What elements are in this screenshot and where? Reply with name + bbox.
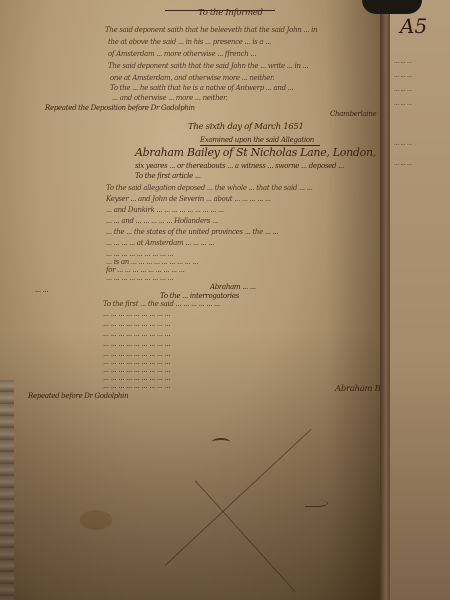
text-line: ... ... ... ... ... ... ... ... ...: [103, 358, 170, 366]
text-line: ... ... ...: [394, 58, 412, 65]
shadow-corner: [362, 0, 422, 14]
text-line: ... the ... the states of the united pro…: [106, 228, 278, 236]
text-line: of Amsterdam ... more otherwise ... ffre…: [108, 50, 256, 58]
interrogatory-heading: To the ... interrogatories: [160, 292, 239, 300]
signature-abraham-inline: Abraham ... ...: [210, 283, 256, 291]
text-line: ... ... ... ... ... ... ... ... ...: [103, 382, 170, 390]
signature-abraham: Abraham B: [335, 384, 381, 394]
date-subheading: Examined upon the said Allegation: [200, 136, 314, 144]
text-line: ... ... ... ... ... ... ... ... ...: [103, 310, 170, 318]
signature-chamberlaine: Chamberlaine: [330, 110, 376, 118]
text-line: ... ... ... ... ... ... ... ... ...: [103, 366, 170, 374]
text-line: To the said allegation deposed ... the w…: [106, 184, 313, 192]
text-line: ... ... ... ... at Amsterdam ... ... ...…: [106, 239, 214, 247]
text-line: ... ... ... ... ... ... ... ... ...: [103, 320, 170, 328]
date-heading: The sixth day of March 1651: [188, 122, 304, 132]
cancellation-stroke: [195, 480, 296, 592]
text-line: To the first ... the said ... ... ... ..…: [103, 300, 220, 308]
side-margin-mark: ... ...: [35, 286, 48, 294]
binding-thread-edge: [0, 380, 14, 600]
text-line: ... ... ... ... ... ... ... ... ...: [103, 340, 170, 348]
deposition-start: To the first article ...: [135, 172, 201, 180]
text-line: ... ... ...: [394, 86, 412, 93]
text-line: ... ... ... ... ... ... ... ... ...: [106, 250, 173, 258]
text-line: ... ... ... ... ... ... ... ... ...: [103, 350, 170, 358]
text-line: one at Amsterdam, and otherwise more ...…: [110, 74, 274, 82]
text-line: ... ... ...: [394, 72, 412, 79]
margin-note-repeated: Repeated the Deposition before Dr Godolp…: [45, 104, 195, 112]
deponent-details-line: six yeares ... or thereabouts ... a witn…: [135, 162, 344, 170]
text-line: To the ... he saith that he is a native …: [110, 84, 293, 92]
cancellation-stroke: [165, 429, 312, 566]
text-line: the at above the said ... in his ... pre…: [108, 38, 271, 46]
text-line: for ... ... ... ... ... ... ... ... ...: [106, 266, 185, 274]
margin-note-repeated-2: Repeated before Dr Godolphin: [28, 392, 128, 400]
paper-stain: [80, 510, 112, 530]
text-line: ... ... ... ... ... ... ... ... ...: [106, 274, 173, 282]
left-page: To the Informed The said deponent saith …: [0, 0, 384, 600]
text-line: Keyser ... and John de Severin ... about…: [106, 195, 271, 203]
right-page: ... ... ... ... ... ... ... ... ... ... …: [390, 0, 450, 600]
text-line: ... ... ...: [394, 140, 412, 147]
heading-flourish: [165, 10, 275, 11]
ink-mark: [305, 500, 328, 507]
text-line: ... ... ...: [394, 100, 412, 107]
text-line: ... ... ... ... ... ... ... ... ...: [103, 330, 170, 338]
text-line: ... ... ... ... ... ... ... ... ...: [103, 374, 170, 382]
manuscript-spread: To the Informed The said deponent saith …: [0, 0, 450, 600]
text-line: ... is an ... ... ... ... ... ... ... ..…: [106, 258, 198, 266]
text-line: The said deponent saith that he beleevet…: [105, 26, 317, 34]
folio-number: A5: [400, 14, 427, 38]
text-line: ... and Dunkirk ... ... ... ... ... ... …: [106, 206, 224, 214]
text-line: ... and otherwise ... more ... neither.: [112, 94, 227, 102]
text-line: The said deponent saith that the said Jo…: [108, 62, 308, 70]
text-line: ... ... and ... ... ... ... ... Hollande…: [106, 217, 218, 225]
ink-mark: [212, 438, 230, 446]
text-line: ... ... ...: [394, 160, 412, 167]
